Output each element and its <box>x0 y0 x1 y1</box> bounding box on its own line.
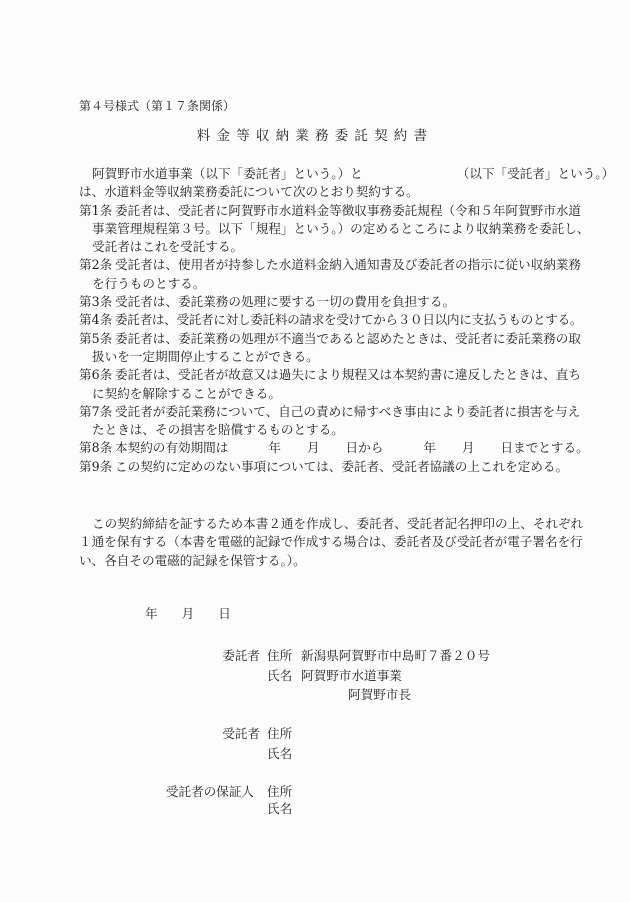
article-text: 受託者は、使用者が持参した水道料金納入通知書及び委託者の指示に従い収納業務 <box>109 257 581 272</box>
form-number: 第４号様式（第１７条関係） <box>79 97 235 115</box>
guarantor-address-label: 住所 <box>267 783 292 801</box>
consignor-address-value: 新潟県阿賀野市中島町７番２０号 <box>301 647 490 665</box>
start-month-label: 月 <box>307 440 320 455</box>
article-3: 第3条受託者は、委託業務の処理に要する一切の費用を負担する。 <box>79 293 553 311</box>
end-day-label: 日までとする。 <box>501 440 589 455</box>
article-text: 委託者は、受託者に対し委託料の請求を受けてから３０日以内に支払うものとする。 <box>109 312 582 327</box>
date-day-label: 日 <box>218 605 231 623</box>
consignor-name-label: 氏名 <box>267 667 292 685</box>
end-year-label: 年 <box>423 440 436 455</box>
article-label: 第4条 <box>79 311 109 329</box>
article-text: 事業管理規程第３号。以下「規程」という。）の定めるところにより収納業務を委託し、 <box>79 220 553 238</box>
article-text: 扱いを一定期間停止することができる。 <box>79 348 553 366</box>
article-label: 第3条 <box>79 293 109 311</box>
start-year-label: 年 <box>268 440 281 455</box>
article-text: たときは、その損害を賠償するものとする。 <box>79 421 553 439</box>
guarantor-name-label: 氏名 <box>267 800 292 818</box>
preamble-party-consignor: 阿賀野市水道事業（以下「委託者」という。）と <box>79 166 363 181</box>
article-label: 第9条 <box>79 458 109 476</box>
article-label: 第8条 <box>79 439 109 457</box>
preamble-line-2: は、水道料金等収納業務委託について次のとおり契約する。 <box>79 183 553 201</box>
article-text: 受託者が委託業務について、自己の責めに帰すべき事由により委託者に損害を与え <box>109 404 580 419</box>
consignee-name-label: 氏名 <box>267 745 292 763</box>
date-month-label: 月 <box>182 605 195 623</box>
article-text: 委託者は、受託者に阿賀野市水道料金等徴収事務委託規程（令和５年阿賀野市水道 <box>109 203 581 218</box>
preamble-line-1: 阿賀野市水道事業（以下「委託者」という。）と（以下「受託者」という。） <box>79 165 553 183</box>
article-9: 第9条この契約に定めのない事項については、委託者、受託者協議の上これを定める。 <box>79 458 553 476</box>
article-text: 委託者は、受託者が故意又は過失により規程又は本契約書に違反したときは、直ち <box>109 367 581 382</box>
article-5: 第5条委託者は、委託業務の処理が不適当であると認めたときは、受託者に委託業務の取… <box>79 330 553 367</box>
article-label: 第1条 <box>79 202 109 220</box>
closing-line: い、各自その電磁的記録を保管する。）。 <box>79 552 553 570</box>
contract-date: 年月日 <box>145 605 231 623</box>
document-title: 料金等収納業務委託契約書 <box>0 127 630 145</box>
article-text: 受託者は、委託業務の処理に要する一切の費用を負担する。 <box>109 294 455 309</box>
date-year-label: 年 <box>145 605 158 623</box>
article-2: 第2条受託者は、使用者が持参した水道料金納入通知書及び委託者の指示に従い収納業務… <box>79 256 553 293</box>
contract-body: 阿賀野市水道事業（以下「委託者」という。）と（以下「受託者」という。） は、水道… <box>79 165 553 476</box>
consignee-label: 受託者 <box>222 725 260 743</box>
article-6: 第6条委託者は、受託者が故意又は過失により規程又は本契約書に違反したときは、直ち… <box>79 366 553 403</box>
article-text: 受託者はこれを受託する。 <box>79 238 553 256</box>
article-1: 第1条委託者は、受託者に阿賀野市水道料金等徴収事務委託規程（令和５年阿賀野市水道… <box>79 202 553 257</box>
start-day-label: 日から <box>346 440 384 455</box>
validity-period-prefix: 本契約の有効期間は <box>109 440 228 455</box>
consignee-address-label: 住所 <box>267 725 292 743</box>
preamble-party-consignee: （以下「受託者」という。） <box>457 166 614 181</box>
article-label: 第7条 <box>79 403 109 421</box>
article-4: 第4条委託者は、受託者に対し委託料の請求を受けてから３０日以内に支払うものとする… <box>79 311 553 329</box>
article-text: に契約を解除することができる。 <box>79 385 553 403</box>
end-month-label: 月 <box>462 440 475 455</box>
article-text: この契約に定めのない事項については、委託者、受託者協議の上これを定める。 <box>109 459 568 474</box>
article-label: 第6条 <box>79 366 109 384</box>
consignor-representative: 阿賀野市長 <box>348 686 411 704</box>
guarantor-label: 受託者の保証人 <box>166 783 254 801</box>
article-label: 第5条 <box>79 330 109 348</box>
article-8: 第8条本契約の有効期間は年月日から年月日までとする。 <box>79 439 553 457</box>
article-label: 第2条 <box>79 256 109 274</box>
consignor-name-value: 阿賀野市水道事業 <box>301 667 402 685</box>
closing-paragraph: この契約締結を証するため本書２通を作成し、委託者、受託者記名押印の上、それぞれ … <box>79 515 553 570</box>
closing-line: この契約締結を証するため本書２通を作成し、委託者、受託者記名押印の上、それぞれ <box>79 515 553 533</box>
article-7: 第7条受託者が委託業務について、自己の責めに帰すべき事由により委託者に損害を与え… <box>79 403 553 440</box>
article-text: 委託者は、委託業務の処理が不適当であると認めたときは、受託者に委託業務の取 <box>109 331 581 346</box>
article-text: を行うものとする。 <box>79 275 553 293</box>
consignor-label: 委託者 <box>222 647 260 665</box>
closing-line: １通を保有する（本書を電磁的記録で作成する場合は、委託者及び受託者が電子署名を行 <box>79 533 553 551</box>
consignor-address-label: 住所 <box>267 647 292 665</box>
